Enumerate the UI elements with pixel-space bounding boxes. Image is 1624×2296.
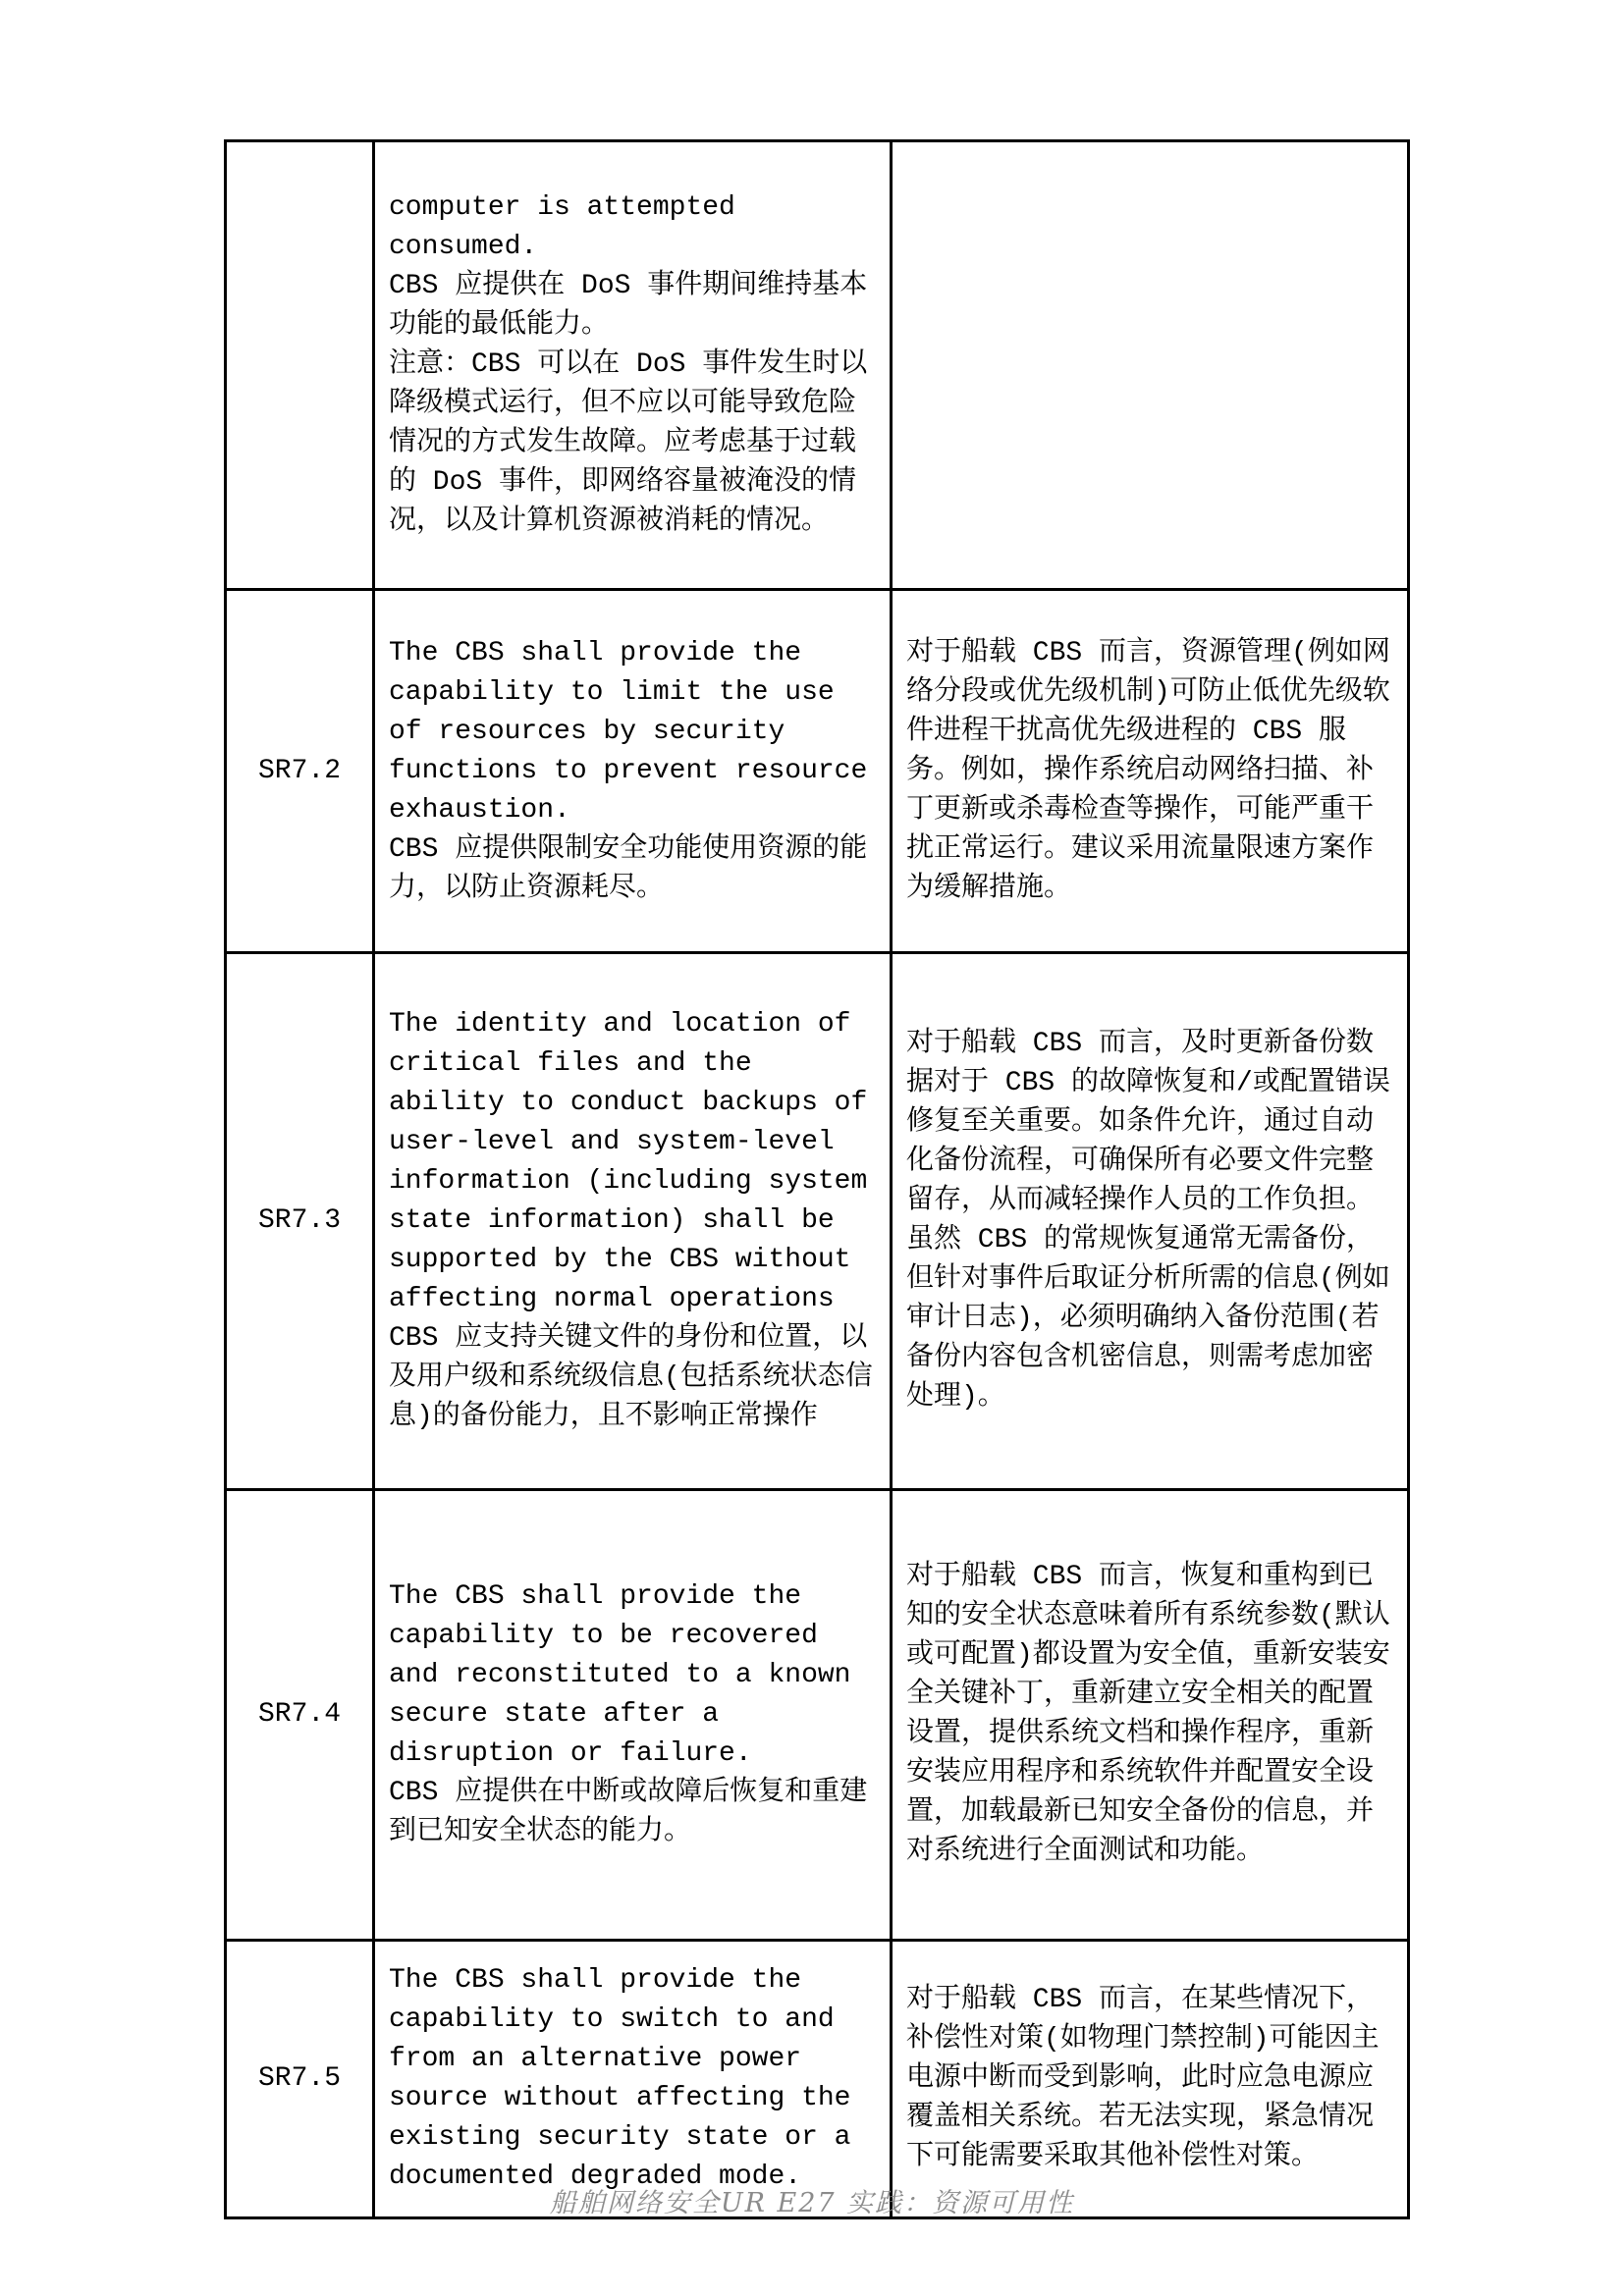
explanation-cell: 对于船载 CBS 而言，在某些情况下，补偿性对策(如物理门禁控制)可能因主电源中… bbox=[892, 1941, 1409, 2218]
requirement-text-en: The CBS shall provide the capability to … bbox=[389, 1961, 876, 2197]
requirement-id: SR7.3 bbox=[258, 1205, 341, 1236]
requirement-cell: computer is attempted consumed. CBS 应提供在… bbox=[374, 141, 892, 590]
requirement-id-cell: SR7.5 bbox=[226, 1941, 374, 2218]
table-row: SR7.4 The CBS shall provide the capabili… bbox=[226, 1490, 1409, 1941]
explanation-text: 对于船载 CBS 而言，及时更新备份数据对于 CBS 的故障恢复和/或配置错误修… bbox=[906, 1025, 1393, 1417]
requirements-table: computer is attempted consumed. CBS 应提供在… bbox=[224, 139, 1410, 2219]
requirement-cell: The CBS shall provide the capability to … bbox=[374, 590, 892, 953]
table-row: SR7.5 The CBS shall provide the capabili… bbox=[226, 1941, 1409, 2218]
table-row: SR7.3 The identity and location of criti… bbox=[226, 953, 1409, 1490]
table-row: SR7.2 The CBS shall provide the capabili… bbox=[226, 590, 1409, 953]
explanation-cell: 对于船载 CBS 而言，恢复和重构到已知的安全状态意味着所有系统参数(默认或可配… bbox=[892, 1490, 1409, 1941]
requirement-cell: The CBS shall provide the capability to … bbox=[374, 1941, 892, 2218]
explanation-cell: 对于船载 CBS 而言，资源管理(例如网络分段或优先级机制)可防止低优先级软件进… bbox=[892, 590, 1409, 953]
requirement-id-cell bbox=[226, 141, 374, 590]
table-row: computer is attempted consumed. CBS 应提供在… bbox=[226, 141, 1409, 590]
explanation-cell bbox=[892, 141, 1409, 590]
requirement-text-en: The CBS shall provide the capability to … bbox=[389, 634, 876, 830]
requirement-id: SR7.4 bbox=[258, 1699, 341, 1730]
requirement-cell: The CBS shall provide the capability to … bbox=[374, 1490, 892, 1941]
requirement-text-zh: CBS 应支持关键文件的身份和位置，以及用户级和系统级信息(包括系统状态信息)的… bbox=[389, 1319, 876, 1437]
requirement-text-zh: CBS 应提供在 DoS 事件期间维持基本功能的最低能力。 bbox=[389, 267, 876, 346]
requirement-note-zh: 注意：CBS 可以在 DoS 事件发生时以降级模式运行，但不应以可能导致危险情况… bbox=[389, 346, 876, 542]
requirement-id: SR7.5 bbox=[258, 2063, 341, 2094]
requirement-text-en: The CBS shall provide the capability to … bbox=[389, 1577, 876, 1774]
explanation-cell: 对于船载 CBS 而言，及时更新备份数据对于 CBS 的故障恢复和/或配置错误修… bbox=[892, 953, 1409, 1490]
requirement-id-cell: SR7.3 bbox=[226, 953, 374, 1490]
requirement-text-zh: CBS 应提供限制安全功能使用资源的能力，以防止资源耗尽。 bbox=[389, 830, 876, 909]
requirement-text-zh: CBS 应提供在中断或故障后恢复和重建到已知安全状态的能力。 bbox=[389, 1774, 876, 1852]
requirement-id-cell: SR7.2 bbox=[226, 590, 374, 953]
explanation-text: 对于船载 CBS 而言，在某些情况下，补偿性对策(如物理门禁控制)可能因主电源中… bbox=[906, 1981, 1393, 2177]
page-footer: 船舶网络安全UR E27 实践：资源可用性 bbox=[0, 2181, 1624, 2219]
requirement-id-cell: SR7.4 bbox=[226, 1490, 374, 1941]
requirement-text-en: The identity and location of critical fi… bbox=[389, 1005, 876, 1319]
explanation-text: 对于船载 CBS 而言，恢复和重构到已知的安全状态意味着所有系统参数(默认或可配… bbox=[906, 1558, 1393, 1872]
explanation-text: 对于船载 CBS 而言，资源管理(例如网络分段或优先级机制)可防止低优先级软件进… bbox=[906, 634, 1393, 909]
requirement-id: SR7.2 bbox=[258, 756, 341, 786]
requirement-text-en: computer is attempted consumed. bbox=[389, 188, 876, 267]
requirement-cell: The identity and location of critical fi… bbox=[374, 953, 892, 1490]
